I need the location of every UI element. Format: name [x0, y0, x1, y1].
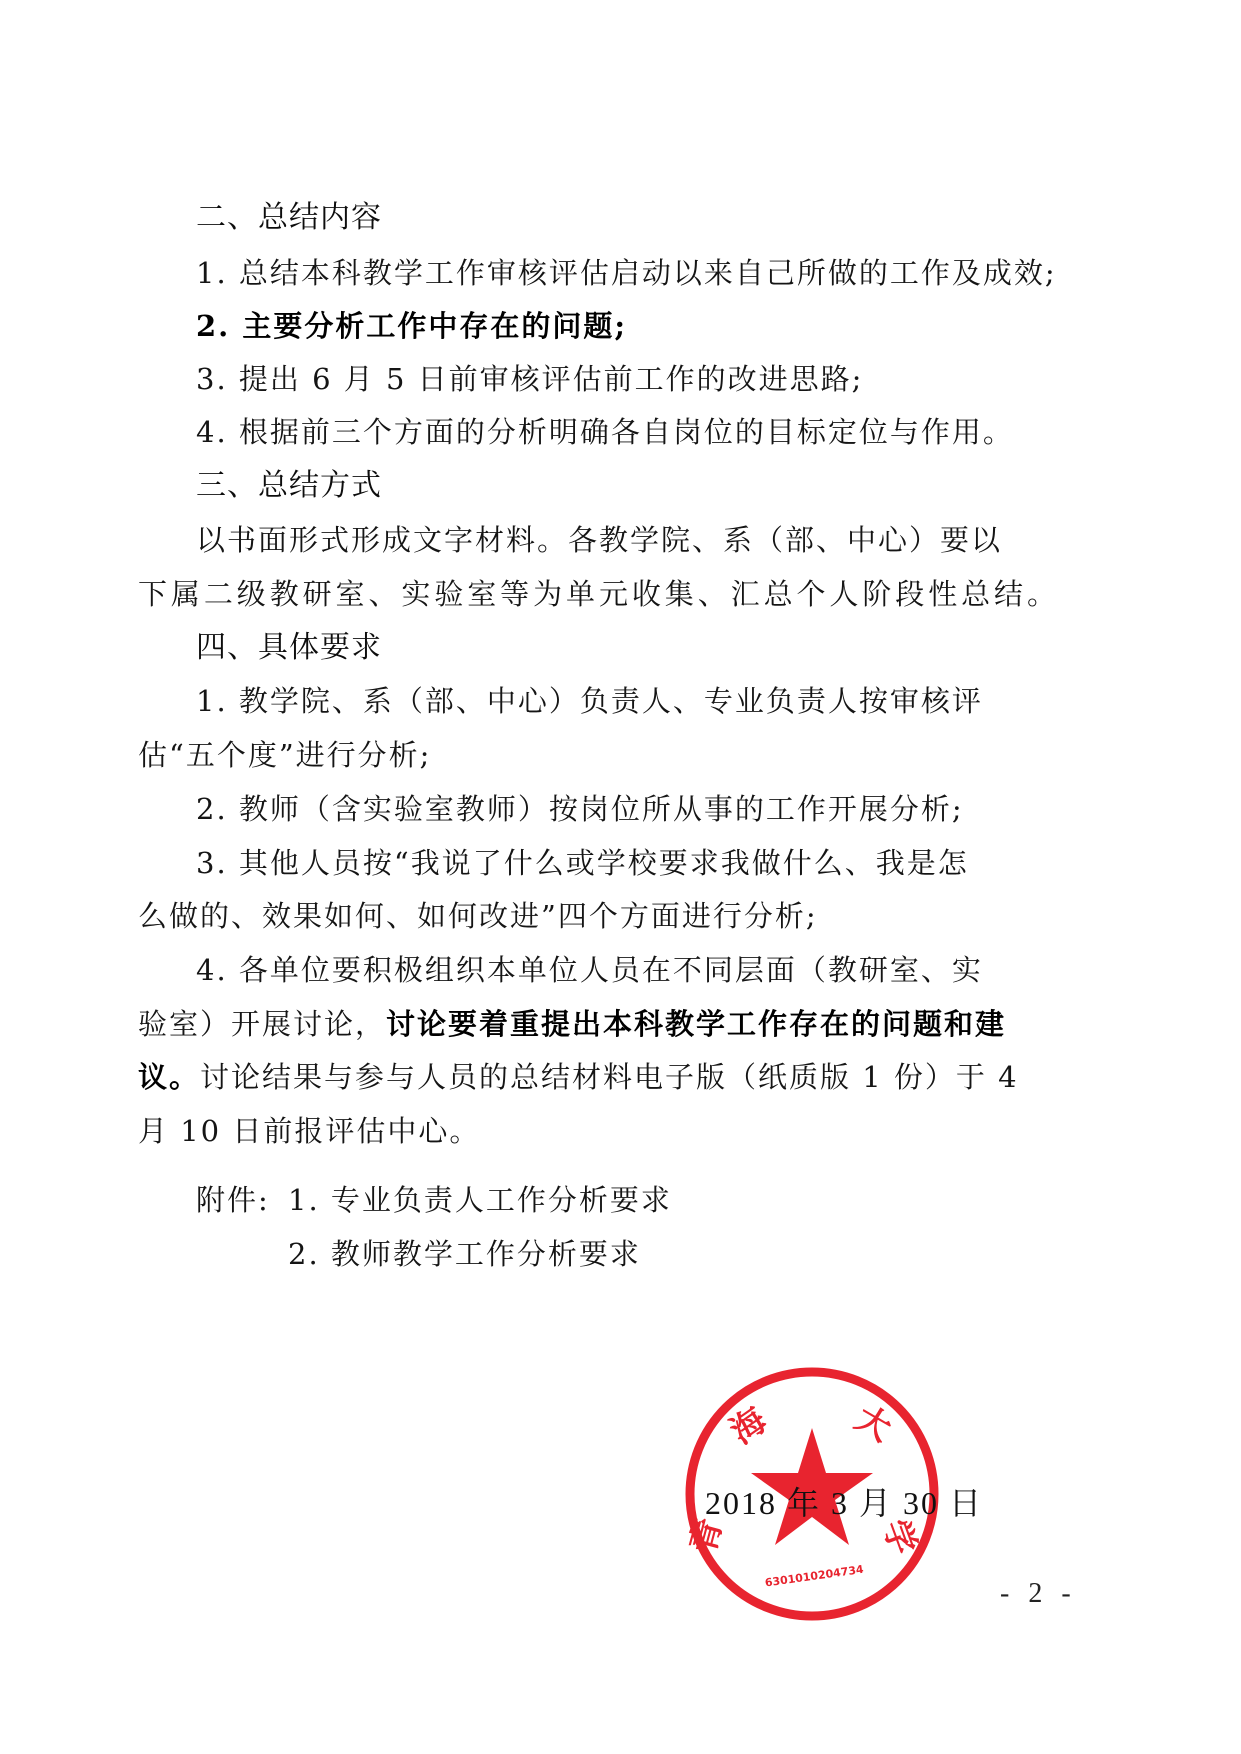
list-item-bold: 2. 主要分析工作中存在的问题; — [196, 306, 627, 346]
list-item: 4. 根据前三个方面的分析明确各自岗位的目标定位与作用。 — [196, 412, 1014, 452]
paragraph-line: 估“五个度”进行分析; — [138, 735, 431, 775]
attachments-label: 附件: — [196, 1180, 270, 1220]
paragraph-line: 3. 其他人员按“我说了什么或学校要求我做什么、我是怎 — [196, 843, 960, 883]
paragraph-line: 1. 教学院、系（部、中心）负责人、专业负责人按审核评 — [196, 681, 960, 721]
paragraph-line: 以书面形式形成文字材料。各教学院、系（部、中心）要以 — [196, 520, 960, 560]
paragraph-line: 么做的、效果如何、如何改进”四个方面进行分析; — [138, 896, 818, 936]
attachment-item: 2. 教师教学工作分析要求 — [288, 1234, 641, 1274]
paragraph-text-bold: 讨论要着重提出本科教学工作存在的问题和建 — [386, 1004, 1006, 1044]
paragraph-text: 讨论结果与参与人员的总结材料电子版（纸质版 1 份）于 4 — [200, 1057, 1019, 1097]
document-date: 2018 年 3 月 30 日 — [705, 1478, 983, 1524]
paragraph-text: 验室）开展讨论， — [138, 1004, 386, 1044]
attachment-item: 1. 专业负责人工作分析要求 — [288, 1180, 672, 1220]
list-item: 1. 总结本科教学工作审核评估启动以来自己所做的工作及成效; — [196, 253, 1057, 293]
paragraph-line: 月 10 日前报评估中心。 — [138, 1111, 480, 1151]
list-item: 3. 提出 6 月 5 日前审核评估前工作的改进思路; — [196, 359, 863, 399]
section-heading-specific-requirements: 四、具体要求 — [196, 628, 382, 668]
paragraph-text-bold: 议。 — [138, 1057, 200, 1097]
paragraph-line-mixed: 验室）开展讨论， 讨论要着重提出本科教学工作存在的问题和建 — [138, 1004, 960, 1044]
document-page: 二、总结内容 1. 总结本科教学工作审核评估启动以来自己所做的工作及成效; 2.… — [0, 0, 1241, 1754]
seal-serial: 6301010204734 — [764, 1563, 865, 1590]
page-number: - 2 - — [1000, 1578, 1077, 1610]
paragraph-line-mixed: 议。 讨论结果与参与人员的总结材料电子版（纸质版 1 份）于 4 — [138, 1057, 960, 1097]
paragraph-line: 4. 各单位要积极组织本单位人员在不同层面（教研室、实 — [196, 950, 960, 990]
section-heading-summary-content: 二、总结内容 — [196, 198, 382, 238]
paragraph-line: 下属二级教研室、实验室等为单元收集、汇总个人阶段性总结。 — [138, 574, 1058, 614]
section-heading-summary-method: 三、总结方式 — [196, 466, 382, 506]
paragraph-line: 2. 教师（含实验室教师）按岗位所从事的工作开展分析; — [196, 789, 964, 829]
